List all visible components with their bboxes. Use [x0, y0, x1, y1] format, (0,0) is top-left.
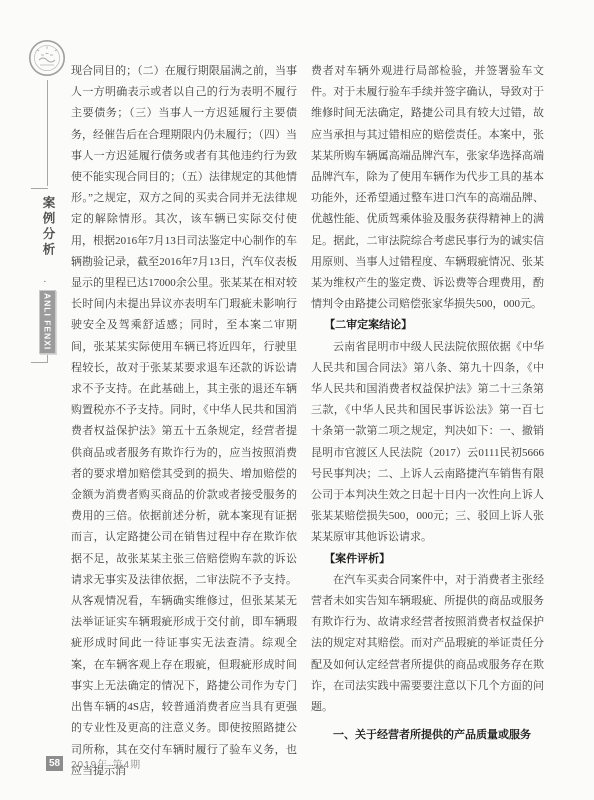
sidebar-rule-bottom: [47, 355, 48, 362]
issue-label: 2019年·第4期: [71, 756, 141, 771]
sidebar-dash-top: [31, 188, 48, 189]
section-label-chinese: 案例分析: [39, 196, 57, 258]
section-label-separator: ·: [43, 276, 47, 288]
section-label-pinyin: ANLI FENXI: [43, 293, 53, 350]
body-paragraph-lead: 费者对车辆外观进行局部检验，并签署验车文件。对于未履行验车手续并签字确认，导致对…: [311, 61, 544, 315]
left-column: 现合同目的；（二）在履行期限届满之前，当事人一方明确表示或者以自己的行为表明不履…: [71, 61, 297, 782]
section-label-pinyin-box: ANLI FENXI: [39, 290, 56, 354]
body-paragraph-continuation: 现合同目的；（二）在履行期限届满之前，当事人一方明确表示或者以自己的行为表明不履…: [71, 61, 297, 782]
page-footer: 58 2019年·第4期: [46, 756, 141, 771]
paragraph-analysis: 在汽车买卖合同案件中，对于消费者主张经营者未如实告知车辆瑕疵、所提供的商品或服务…: [311, 570, 544, 718]
journal-page: 案例分析 · ANLI FENXI 现合同目的；（二）在履行期限届满之前，当事人…: [0, 0, 594, 800]
heading-second-instance-conclusion: 【二审定案结论】: [311, 315, 544, 336]
heading-point-one: 一、关于经营者所提供的产品质量或服务: [311, 725, 544, 746]
journal-seal-logo: [28, 39, 66, 77]
sidebar-dash-bottom: [31, 362, 48, 363]
sidebar-rule-top: [47, 80, 48, 186]
paragraph-conclusion: 云南省昆明市中级人民法院依照依据《中华人民共和国合同法》第八条、第九十四条，《中…: [311, 337, 544, 549]
page-number-badge: 58: [46, 756, 63, 771]
seal-icon: [28, 39, 66, 77]
right-column: 费者对车辆外观进行局部检验，并签署验车文件。对于未履行验车手续并签字确认，导致对…: [311, 61, 544, 747]
heading-case-analysis: 【案件评析】: [311, 549, 544, 570]
